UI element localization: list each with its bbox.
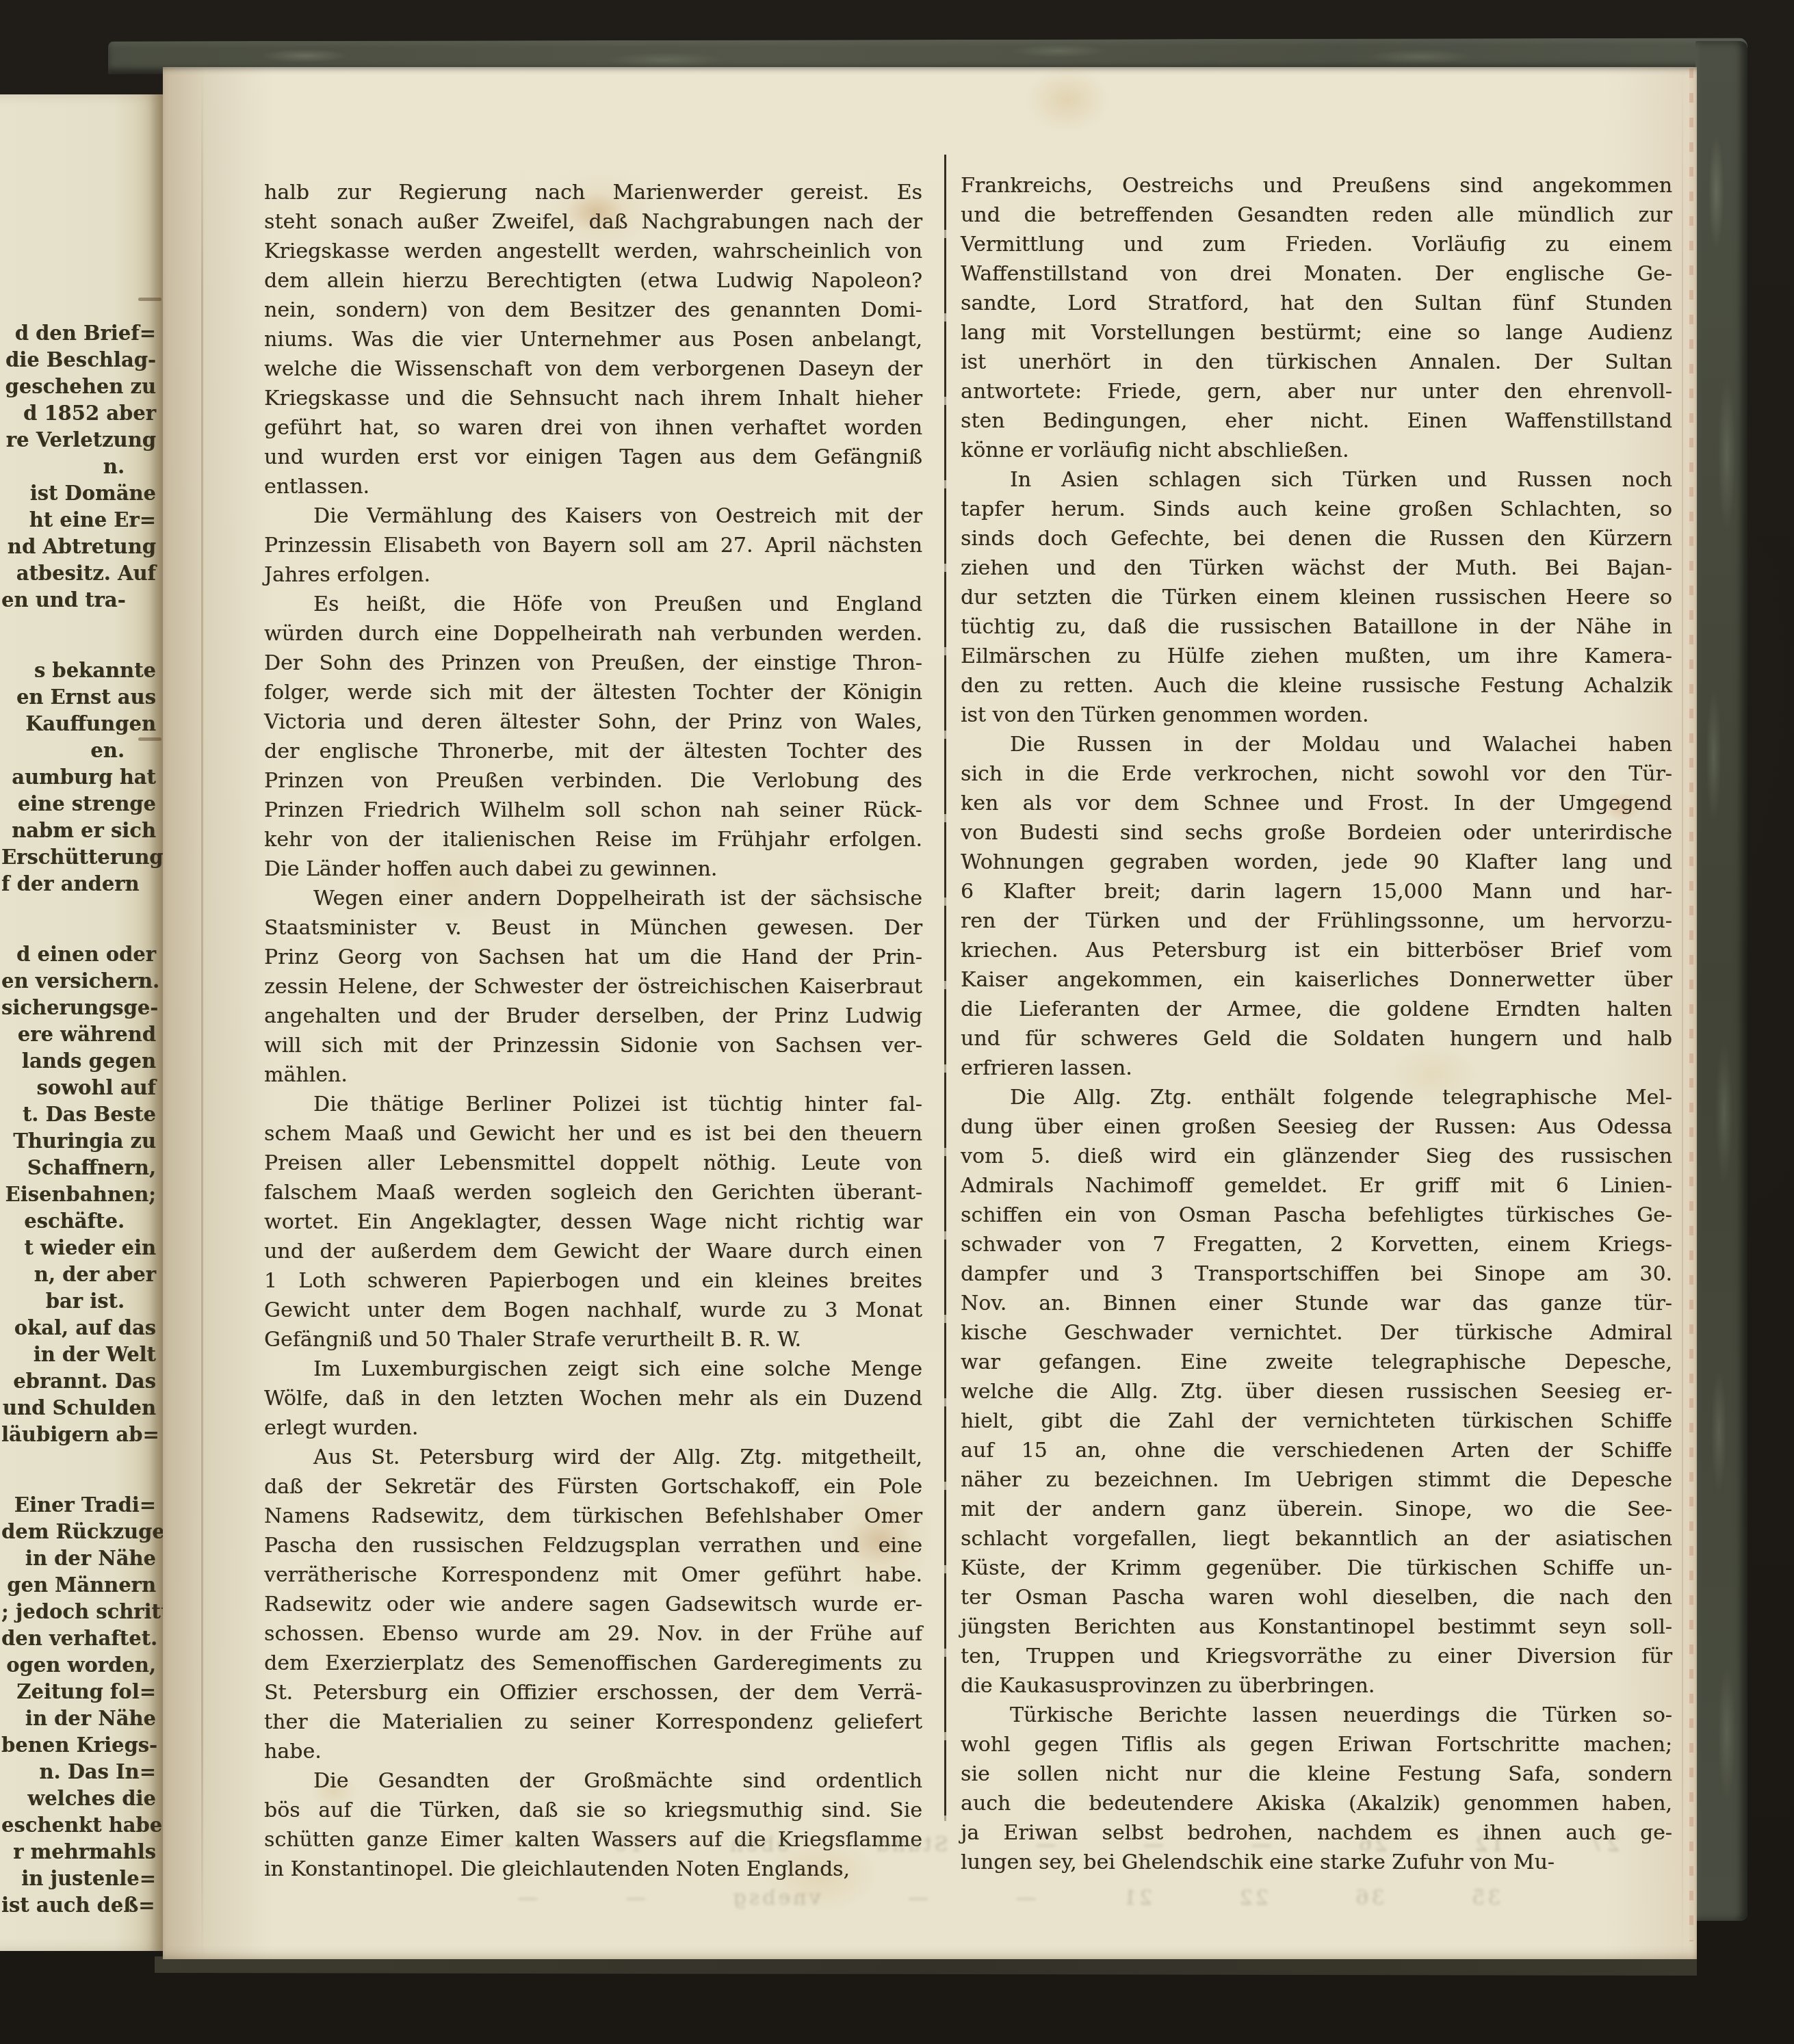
text-line: aumburg hat [1,764,156,791]
text-line: erlegt wurden. [264,1413,922,1443]
text-line: die Beschlag- [1,347,156,374]
text-line: falschem Maaß werden sogleich den Gerich… [264,1178,922,1207]
paragraph: Die thätige Berliner Polizei ist tüchtig… [264,1090,922,1354]
text-line: antwortete: Friede, gern, aber nur unter… [961,377,1672,406]
text-line: eschäfte. [1,1208,156,1235]
text-line: bar ist. [1,1288,156,1315]
text-line: und für schweres Geld die Soldaten hunge… [961,1024,1672,1053]
text-line: ; jedoch schritt [1,1599,156,1625]
text-line: Kauffungen [1,711,156,737]
text-line: d einen oder [1,941,156,968]
text-line: schiffen ein von Osman Pascha befehligte… [961,1201,1672,1230]
text-line: Eisenbahnen; [1,1181,156,1208]
text-line: in justenle= [1,1865,156,1892]
text-line: ere während [1,1021,156,1048]
page-edge-dye [1689,68,1693,1941]
text-line: mit der andern ganz überein. Sinope, wo … [961,1495,1672,1524]
text-line: atbesitz. Auf [1,560,156,587]
text-line: Prinzen Friedrich Wilhelm soll schon nah… [264,796,922,825]
text-line: Zeitung fol= [1,1679,156,1705]
text-line: ter Osman Pascha waren wohl dieselben, d… [961,1583,1672,1612]
text-line: ten, Truppen und Kriegsvorräthe zu einer… [961,1642,1672,1671]
text-line: Schaffnern, [1,1155,156,1181]
text-line: t wieder ein [1,1235,156,1261]
text-line: folger, werde sich mit der ältesten Toch… [264,678,922,707]
text-line: ther die Materialien zu seiner Korrespon… [264,1707,922,1737]
text-line: war gefangen. Eine zweite telegraphische… [961,1348,1672,1377]
text-line: lang mit Vorstellungen bestürmt; eine so… [961,318,1672,348]
text-line: ist von den Türken genommen worden. [961,700,1672,730]
text-line: Kriegskasse und die Sehnsucht nach ihrem… [264,384,922,413]
text-line: die Kaukasusprovinzen zu überbringen. [961,1671,1672,1701]
text-line: nabm er sich [1,817,156,844]
paragraph: Die Russen in der Moldau und Walachei ha… [961,730,1672,1083]
text-line: Namens Radsewitz, dem türkischen Befehls… [264,1502,922,1531]
text-line: habe. [264,1737,922,1766]
text-line: dem allein hierzu Berechtigten (etwa Lud… [264,266,922,296]
text-line: angehalten und der Bruder derselben, der… [264,1001,922,1031]
text-line: f der andern [1,871,156,897]
text-line: Der Sohn des Prinzen von Preußen, der ei… [264,648,922,678]
text-line: nd Abtretung [1,534,156,560]
text-line: und Schulden [1,1395,156,1421]
text-line: Wohnungen gegraben worden, jede 90 Klaft… [961,848,1672,877]
text-line: will sich mit der Prinzessin Sidonie von… [264,1031,922,1060]
text-line: tapfer herum. Sinds auch keine großen Sc… [961,495,1672,524]
text-line: sie sollen nicht nur die kleine Festung … [961,1759,1672,1789]
text-line: tüchtig zu, daß die russischen Bataillon… [961,612,1672,642]
text-line: daß der Sekretär des Fürsten Gortschakof… [264,1472,922,1502]
paragraph: Es heißt, die Höfe von Preußen und Engla… [264,590,922,884]
text-line: Victoria und deren ältester Sohn, der Pr… [264,707,922,737]
text-line: d den Brief= [1,320,156,347]
text-line: und der außerdem dem Gewicht der Waare d… [264,1237,922,1266]
text-line: gen Männern [1,1572,156,1599]
paragraph: aumburg hateine strengenabm er sichErsch… [1,764,156,897]
text-line: Die Gesandten der Großmächte sind ordent… [264,1766,922,1796]
gutter-crease [201,67,203,1959]
bleed-through-line: 27 12 26 — — — Stand oben 10 — — [327,1818,1689,1872]
text-line: dur setzten die Türken einem kleinen rus… [961,583,1672,612]
text-line: Küste, der Krimm gegenüber. Die türkisch… [961,1554,1672,1583]
text-line: welche die Allg. Ztg. über diesen russis… [961,1377,1672,1406]
page-bottom-edge [155,1956,1697,1976]
text-line: ist auch deß= [1,1892,156,1919]
left-column: halb zur Regierung nach Marienwerder ger… [264,178,922,1884]
text-line: Waffenstillstand von drei Monaten. Der e… [961,259,1672,289]
text-line: Es heißt, die Höfe von Preußen und Engla… [264,590,922,619]
paragraph: t wieder einn, der aberbar ist. [1,1235,156,1315]
text-line: Aus St. Petersburg wird der Allg. Ztg. m… [264,1443,922,1472]
text-line: ziehen und den Türken wächst der Muth. B… [961,553,1672,583]
text-line: okal, auf das [1,1315,156,1341]
bleed-through-text: 27 12 26 — — — Stand oben 10 — — 35 36 2… [327,1818,1689,1925]
text-line: Kriegskasse werden angestellt werden, wa… [264,237,922,266]
text-line: kriechen. Aus Petersburg ist ein bitterb… [961,936,1672,965]
text-line: Prinzessin Elisabeth von Bayern soll am … [264,531,922,560]
newspaper-page: halb zur Regierung nach Marienwerder ger… [163,67,1697,1959]
fold-crease [1682,67,1683,1959]
text-line: Prinz Georg von Sachsen hat um die Hand … [264,943,922,972]
text-line: n. [1,454,156,480]
text-line: ren der Türken und der Frühlingssonne, u… [961,906,1672,936]
text-line: dung über einen großen Seesieg der Russe… [961,1112,1672,1142]
text-line: dampfer und 3 Transportschiffen bei Sino… [961,1259,1672,1289]
text-line: Im Luxemburgischen zeigt sich eine solch… [264,1354,922,1384]
text-line: 6 Klafter breit; darin lagern 15,000 Man… [961,877,1672,906]
text-line: s bekannte [1,657,156,684]
text-line: geschehen zu [1,374,156,400]
text-line: Kaiser angekommen, ein kaiserliches Donn… [961,965,1672,995]
text-line: 1 Loth schweren Papierbogen und ein klei… [264,1266,922,1296]
text-line: en und tra- [1,587,156,614]
text-line: welche die Wissenschaft von dem verborge… [264,354,922,384]
text-line: Die thätige Berliner Polizei ist tüchtig… [264,1090,922,1119]
text-line: n, der aber [1,1261,156,1288]
text-line: r mehrmahls [1,1839,156,1865]
text-line: Jahres erfolgen. [264,560,922,590]
paragraph: Im Luxemburgischen zeigt sich eine solch… [264,1354,922,1443]
text-line: Preisen aller Lebensmittel doppelt nöthi… [264,1149,922,1178]
text-line: würden durch eine Doppelheirath nah verb… [264,619,922,648]
text-line: ken als vor dem Schnee und Frost. In der… [961,789,1672,818]
text-line: schwader von 7 Fregatten, 2 Korvetten, e… [961,1230,1672,1259]
text-line: und die betreffenden Gesandten reden all… [961,200,1672,230]
text-line: der englische Thronerbe, mit der älteste… [264,737,922,766]
text-line: St. Petersburg ein Offizier erschossen, … [264,1678,922,1707]
text-line: Erschütterung [1,844,156,871]
text-line: d 1852 aber [1,400,156,427]
paragraph: Frankreichs, Oestreichs und Preußens sin… [961,171,1672,465]
text-line: geführt hat, so waren drei von ihnen ver… [264,413,922,443]
text-line: in der Welt [1,1341,156,1368]
text-line: wohl gegen Tiflis als gegen Eriwan Forts… [961,1730,1672,1759]
fold-crease [138,298,161,301]
text-line: in der Nähe [1,1705,156,1732]
column-divider-rule [944,155,946,1821]
previous-page-edge: d den Brief=die Beschlag-geschehen zud 1… [0,94,163,1951]
text-line: läubigern ab= [1,1421,156,1448]
text-line: auch die bedeutendere Akiska (Akalzik) g… [961,1789,1672,1818]
paragraph: ist Domäneht eine Er=nd Abtretungatbesit… [1,480,156,614]
paragraph: Einer Tradi=dem Rückzugein der Nähegen M… [1,1492,156,1919]
text-line: benen Kriegs- [1,1732,156,1759]
text-line: ht eine Er= [1,507,156,534]
text-line: Einer Tradi= [1,1492,156,1519]
paragraph: d den Brief=die Beschlag-geschehen zud 1… [1,320,156,480]
right-column: Frankreichs, Oestreichs und Preußens sin… [961,171,1672,1877]
text-line: sich in die Erde verkrochen, nicht sowoh… [961,759,1672,789]
text-line: en Ernst aus [1,684,156,711]
text-line: Die Länder hoffen auch dabei zu gewinnen… [264,854,922,884]
text-line: halb zur Regierung nach Marienwerder ger… [264,178,922,207]
text-line: und wurden erst vor einigen Tagen aus de… [264,443,922,472]
text-line: könne er vorläufig nicht abschließen. [961,436,1672,465]
text-line: ebrannt. Das [1,1368,156,1395]
text-line: ist Domäne [1,480,156,507]
text-line: Die Russen in der Moldau und Walachei ha… [961,730,1672,759]
text-line: Wegen einer andern Doppelheirath ist der… [264,884,922,913]
text-line: sandte, Lord Stratford, hat den Sultan f… [961,289,1672,318]
text-line: dem Rückzuge [1,1519,156,1545]
text-line: Admirals Nachimoff gemeldet. Er griff mi… [961,1171,1672,1201]
text-line: steht sonach außer Zweifel, daß Nachgrab… [264,207,922,237]
text-line: mählen. [264,1060,922,1090]
text-line: t. Das Beste [1,1101,156,1128]
book-cover-edge-right [1695,41,1747,1921]
text-line: sinds doch Gefechte, bei denen die Russe… [961,524,1672,553]
text-line: Nov. an. Binnen einer Stunde war das gan… [961,1289,1672,1318]
text-line: näher zu bezeichnen. Im Uebrigen stimmt … [961,1465,1672,1495]
text-line: Eilmärschen zu Hülfe ziehen mußten, um i… [961,642,1672,671]
text-line: Thuringia zu [1,1128,156,1155]
text-line: ist unerhört in den türkischen Annalen. … [961,348,1672,377]
paragraph: okal, auf dasin der Weltebrannt. Dasund … [1,1315,156,1448]
text-line: sten Bedingungen, eher nicht. Einen Waff… [961,406,1672,436]
paragraph: In Asien schlagen sich Türken und Russen… [961,465,1672,730]
text-line: eine strenge [1,791,156,817]
text-line: entlassen. [264,472,922,501]
book-scan: d den Brief=die Beschlag-geschehen zud 1… [0,0,1794,2044]
text-line: nein, sondern) von dem Besitzer des gena… [264,296,922,325]
text-line: Die Vermählung des Kaisers von Oestreich… [264,501,922,531]
text-line: Die Allg. Ztg. enthält folgende telegrap… [961,1083,1672,1112]
text-line: en versichern. [1,968,156,995]
text-line: Gewicht unter dem Bogen nachhalf, wurde … [264,1296,922,1325]
text-line: schlacht vorgefallen, liegt bekanntlich … [961,1524,1672,1554]
text-line: kische Geschwader vernichtet. Der türkis… [961,1318,1672,1348]
paragraph: d einen oderen versichern.sicherungsge-e… [1,941,156,1235]
paragraph: Aus St. Petersburg wird der Allg. Ztg. m… [264,1443,922,1766]
text-line: Wölfe, daß in den letzten Wochen mehr al… [264,1384,922,1413]
text-line: schem Maaß und Gewicht her und es ist be… [264,1119,922,1149]
text-line: In Asien schlagen sich Türken und Russen… [961,465,1672,495]
text-line: wortet. Ein Angeklagter, dessen Wage nic… [264,1207,922,1237]
text-line: dem Exerzierplatz des Semenoffischen Gar… [264,1649,922,1678]
text-line: in der Nähe [1,1545,156,1572]
text-line: den zu retten. Auch die kleine russische… [961,671,1672,700]
text-line: von Budesti sind sechs große Bordeien od… [961,818,1672,848]
text-line: eschenkt haben. [1,1812,156,1839]
text-line: vom 5. dieß wird ein glänzender Sieg des… [961,1142,1672,1171]
text-line: Pascha den russischen Feldzugsplan verra… [264,1531,922,1560]
text-line: jüngsten Berichten aus Konstantinopel be… [961,1612,1672,1642]
text-line: schossen. Ebenso wurde am 29. Nov. in de… [264,1619,922,1649]
text-line: auf 15 an, ohne die verschiedenen Arten … [961,1436,1672,1465]
text-line: zessin Helene, der Schwester der östreic… [264,972,922,1001]
text-line: niums. Was die vier Unternehmer aus Pose… [264,325,922,354]
text-line: Frankreichs, Oestreichs und Preußens sin… [961,171,1672,200]
text-line: welches die [1,1785,156,1812]
text-line: re Verletzung [1,427,156,454]
text-line: n. Das In= [1,1759,156,1785]
text-line: kehr von der italienischen Reise im Früh… [264,825,922,854]
paragraph: halb zur Regierung nach Marienwerder ger… [264,178,922,501]
paragraph: Wegen einer andern Doppelheirath ist der… [264,884,922,1090]
bleed-through-line: 35 36 22 21 — — vnebsg — — [327,1872,1689,1925]
paragraph: Die Vermählung des Kaisers von Oestreich… [264,501,922,590]
previous-page-text-fragment: d den Brief=die Beschlag-geschehen zud 1… [1,320,156,1919]
text-line: en. [1,737,156,764]
text-line: Türkische Berichte lassen neuerdings die… [961,1701,1672,1730]
text-line: Staatsminister v. Beust in München gewes… [264,913,922,943]
text-line: lands gegen [1,1048,156,1075]
text-line: den verhaftet. [1,1625,156,1652]
paragraph: Die Allg. Ztg. enthält folgende telegrap… [961,1083,1672,1701]
text-line: sicherungsge- [1,995,156,1021]
text-line: Gefängniß und 50 Thaler Strafe verurthei… [264,1325,922,1354]
text-line: sowohl auf [1,1075,156,1101]
text-line: verrätherische Korrespondenz mit Omer ge… [264,1560,922,1590]
paragraph: s bekannteen Ernst ausKauffungenen. [1,657,156,764]
text-line: hielt, gibt die Zahl der vernichteten tü… [961,1406,1672,1436]
text-line: Radsewitz oder wie andere sagen Gadsewit… [264,1590,922,1619]
text-line: Vermittlung und zum Frieden. Vorläufig z… [961,230,1672,259]
text-line: Prinzen von Preußen verbinden. Die Verlo… [264,766,922,796]
text-line: erfrieren lassen. [961,1053,1672,1083]
text-line: ogen worden, [1,1652,156,1679]
text-line: die Lieferanten der Armee, die goldene E… [961,995,1672,1024]
